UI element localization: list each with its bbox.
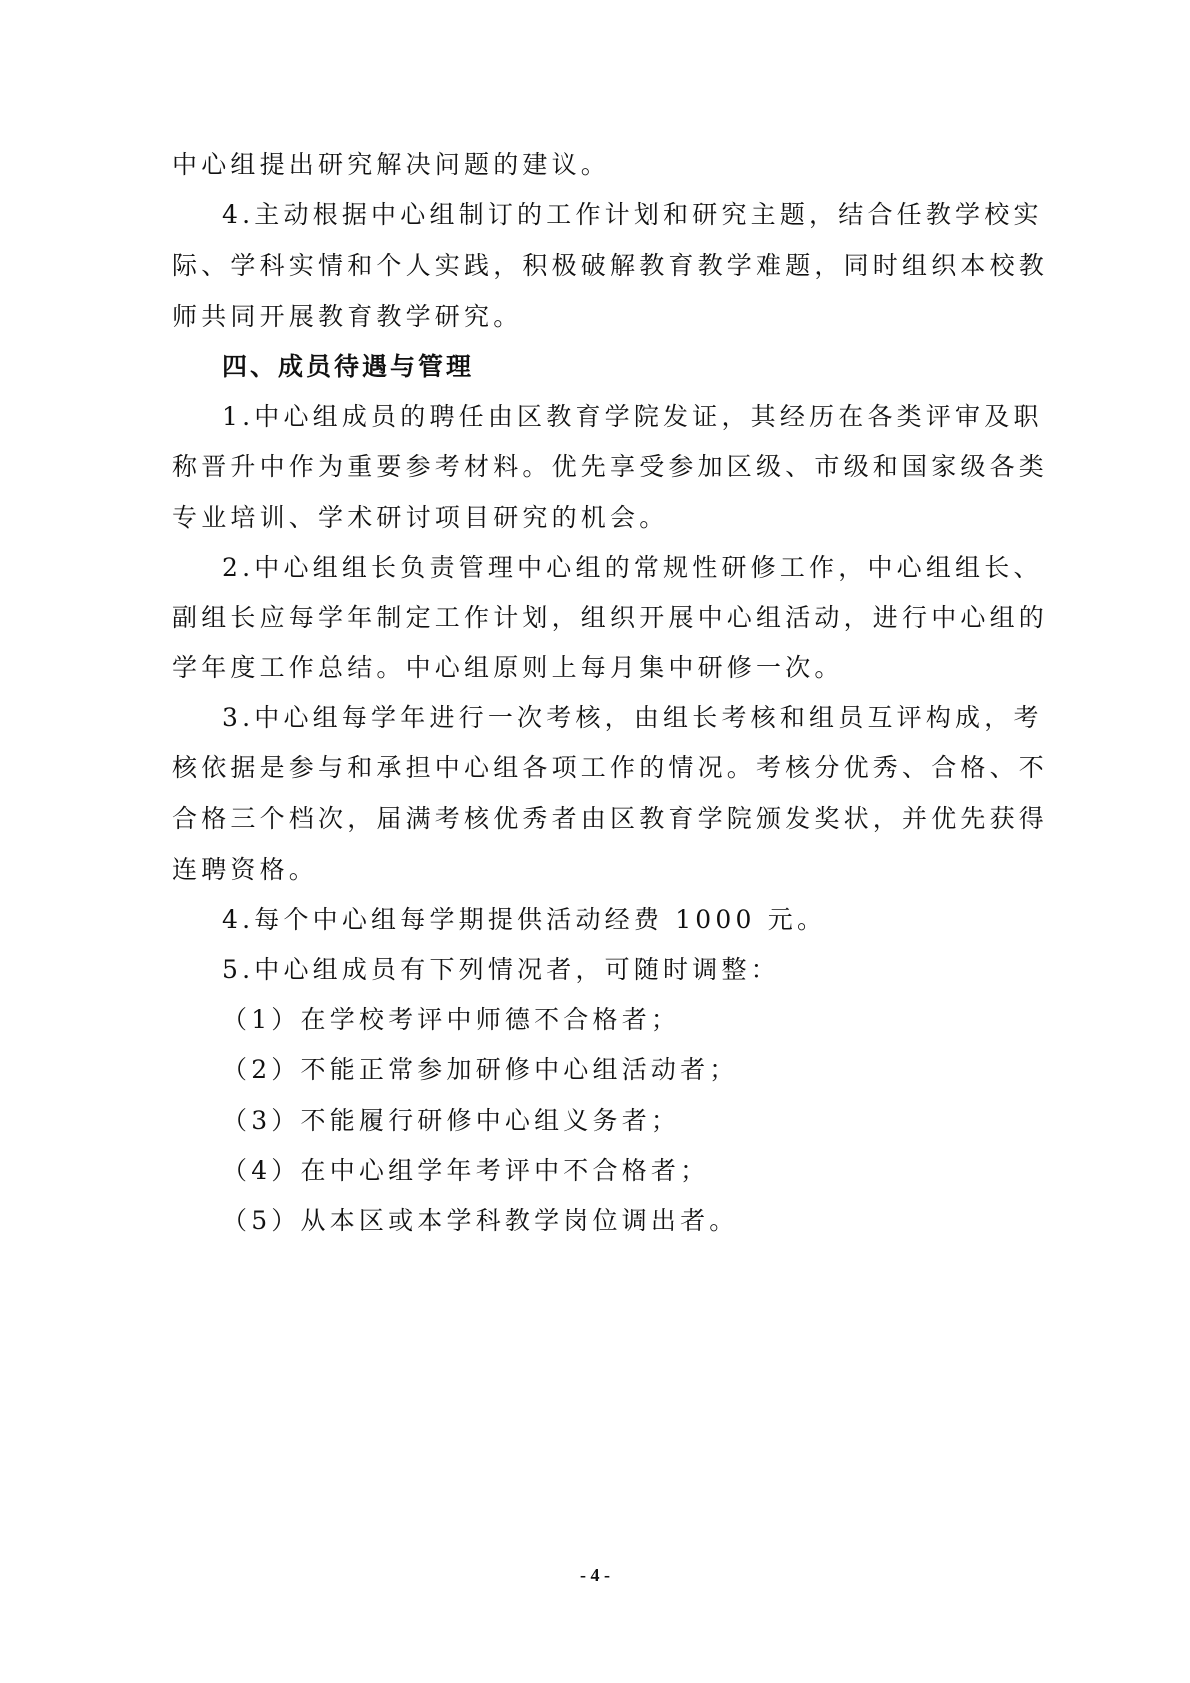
paragraph-line: 5.中心组成员有下列情况者，可随时调整： [222,950,942,990]
list-item: （2）不能正常参加研修中心组活动者； [222,1050,942,1090]
paragraph-line: 3.中心组每学年进行一次考核，由组长考核和组员互评构成，考 [222,698,942,738]
list-item: （4）在中心组学年考评中不合格者； [222,1151,942,1191]
section-heading: 四、成员待遇与管理 [222,347,474,387]
paragraph-line: 中心组提出研究解决问题的建议。 [172,145,942,185]
paragraph-line: 称晋升中作为重要参考材料。优先享受参加区级、市级和国家级各类 [172,447,942,487]
paragraph-line: 4.每个中心组每学期提供活动经费 1000 元。 [222,900,942,940]
paragraph-line: 1.中心组成员的聘任由区教育学院发证，其经历在各类评审及职 [222,397,942,437]
paragraph-line: 副组长应每学年制定工作计划，组织开展中心组活动，进行中心组的 [172,598,942,638]
paragraph-line: 2.中心组组长负责管理中心组的常规性研修工作，中心组组长、 [222,548,942,588]
list-item: （5）从本区或本学科教学岗位调出者。 [222,1201,942,1241]
document-page: 中心组提出研究解决问题的建议。 4.主动根据中心组制订的工作计划和研究主题，结合… [0,0,1190,1683]
paragraph-line: 连聘资格。 [172,850,942,890]
paragraph-line: 师共同开展教育教学研究。 [172,297,942,337]
list-item: （1）在学校考评中师德不合格者； [222,1000,942,1040]
paragraph-line: 合格三个档次，届满考核优秀者由区教育学院颁发奖状，并优先获得 [172,799,942,839]
list-item: （3）不能履行研修中心组义务者； [222,1101,942,1141]
paragraph-line: 专业培训、学术研讨项目研究的机会。 [172,498,942,538]
paragraph-line: 学年度工作总结。中心组原则上每月集中研修一次。 [172,648,942,688]
paragraph-line: 际、学科实情和个人实践，积极破解教育教学难题，同时组织本校教 [172,246,942,286]
paragraph-line: 核依据是参与和承担中心组各项工作的情况。考核分优秀、合格、不 [172,748,942,788]
paragraph-line: 4.主动根据中心组制订的工作计划和研究主题，结合任教学校实 [222,195,942,235]
page-number: - 4 - [0,1560,1190,1590]
